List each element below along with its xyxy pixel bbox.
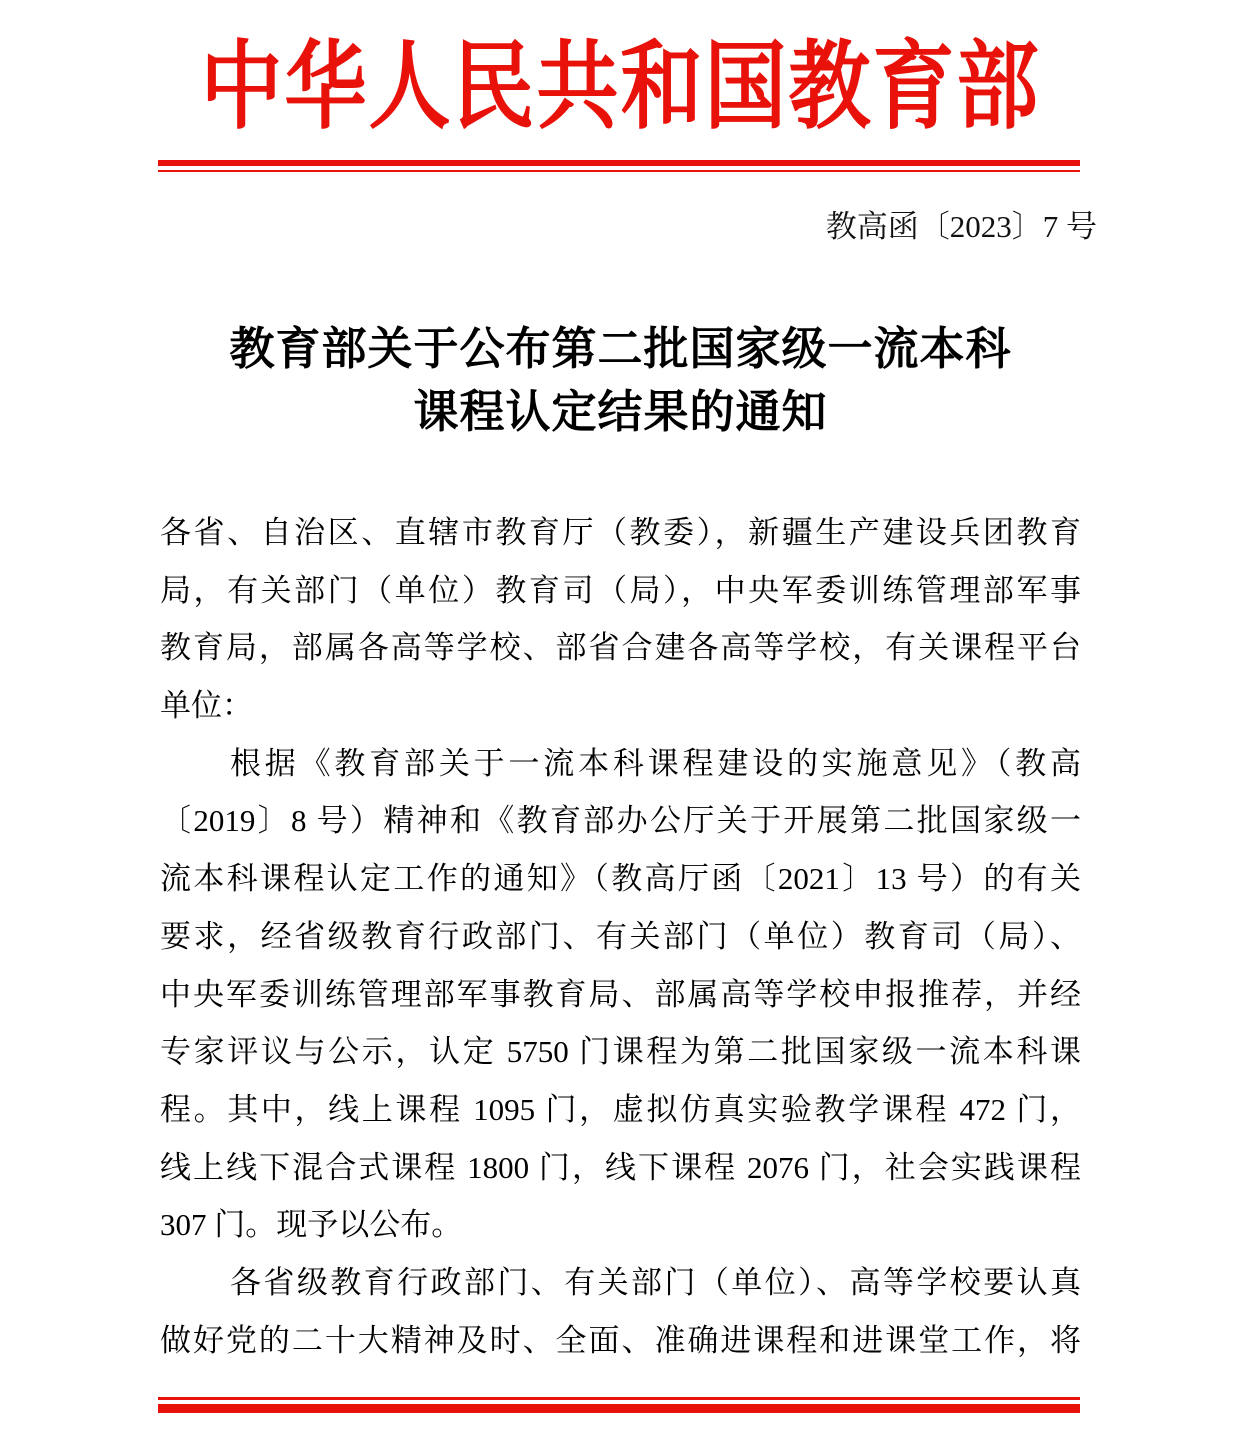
body-paragraph-1-line-2: 局，有关部门（单位）教育司（局），中央军委训练管理部军事 [160,562,1081,620]
body-paragraph-2-line-5: 中央军委训练管理部军事教育局、部属高等学校申报推荐，并经 [160,966,1081,1024]
letterhead-divider-thin-line [158,170,1080,172]
body-paragraph-1-line-3: 教育局，部属各高等学校、部省合建各高等学校，有关课程平台 [160,619,1081,677]
letterhead-org-name: 中华人民共和国教育部 [0,40,1241,136]
body-paragraph-3-line-1: 各省级教育行政部门、有关部门（单位）、高等学校要认真 [160,1254,1081,1312]
document-title: 教育部关于公布第二批国家级一流本科 课程认定结果的通知 [0,318,1241,444]
body-paragraph-2-line-6: 专家评议与公示，认定 5750 门课程为第二批国家级一流本科课 [160,1023,1081,1081]
document-title-line-2: 课程认定结果的通知 [0,381,1241,444]
body-paragraph-3-line-2: 做好党的二十大精神及时、全面、准确进课程和进课堂工作，将 [160,1312,1081,1370]
body-paragraph-2-line-2: 〔2019〕8 号）精神和《教育部办公厅关于开展第二批国家级一 [160,792,1081,850]
body-paragraph-1-line-1: 各省、自治区、直辖市教育厅（教委），新疆生产建设兵团教育 [160,504,1081,562]
body-paragraph-2-line-7: 程。其中，线上课程 1095 门，虚拟仿真实验教学课程 472 门， [160,1081,1081,1139]
body-paragraph-2-line-3: 流本科课程认定工作的通知》（教高厅函〔2021〕13 号）的有关 [160,850,1081,908]
footer-divider-thick-line [158,1404,1080,1413]
body-paragraph-2-line-4: 要求，经省级教育行政部门、有关部门（单位）教育司（局）、 [160,908,1081,966]
body-paragraph-2-line-9: 307 门。现予以公布。 [160,1196,1081,1254]
letterhead-divider [158,160,1080,172]
document-number: 教高函〔2023〕7 号 [160,207,1097,247]
document-body: 各省、自治区、直辖市教育厅（教委），新疆生产建设兵团教育局，有关部门（单位）教育… [160,504,1081,1369]
body-paragraph-2-line-8: 线上线下混合式课程 1800 门，线下课程 2076 门，社会实践课程 [160,1139,1081,1197]
body-paragraph-1-line-4: 单位： [160,677,1081,735]
document-title-line-1: 教育部关于公布第二批国家级一流本科 [0,318,1241,381]
body-paragraph-2-line-1: 根据《教育部关于一流本科课程建设的实施意见》（教高 [160,735,1081,793]
footer-divider [158,1397,1080,1413]
document-page: 中华人民共和国教育部 教高函〔2023〕7 号 教育部关于公布第二批国家级一流本… [0,0,1241,1433]
